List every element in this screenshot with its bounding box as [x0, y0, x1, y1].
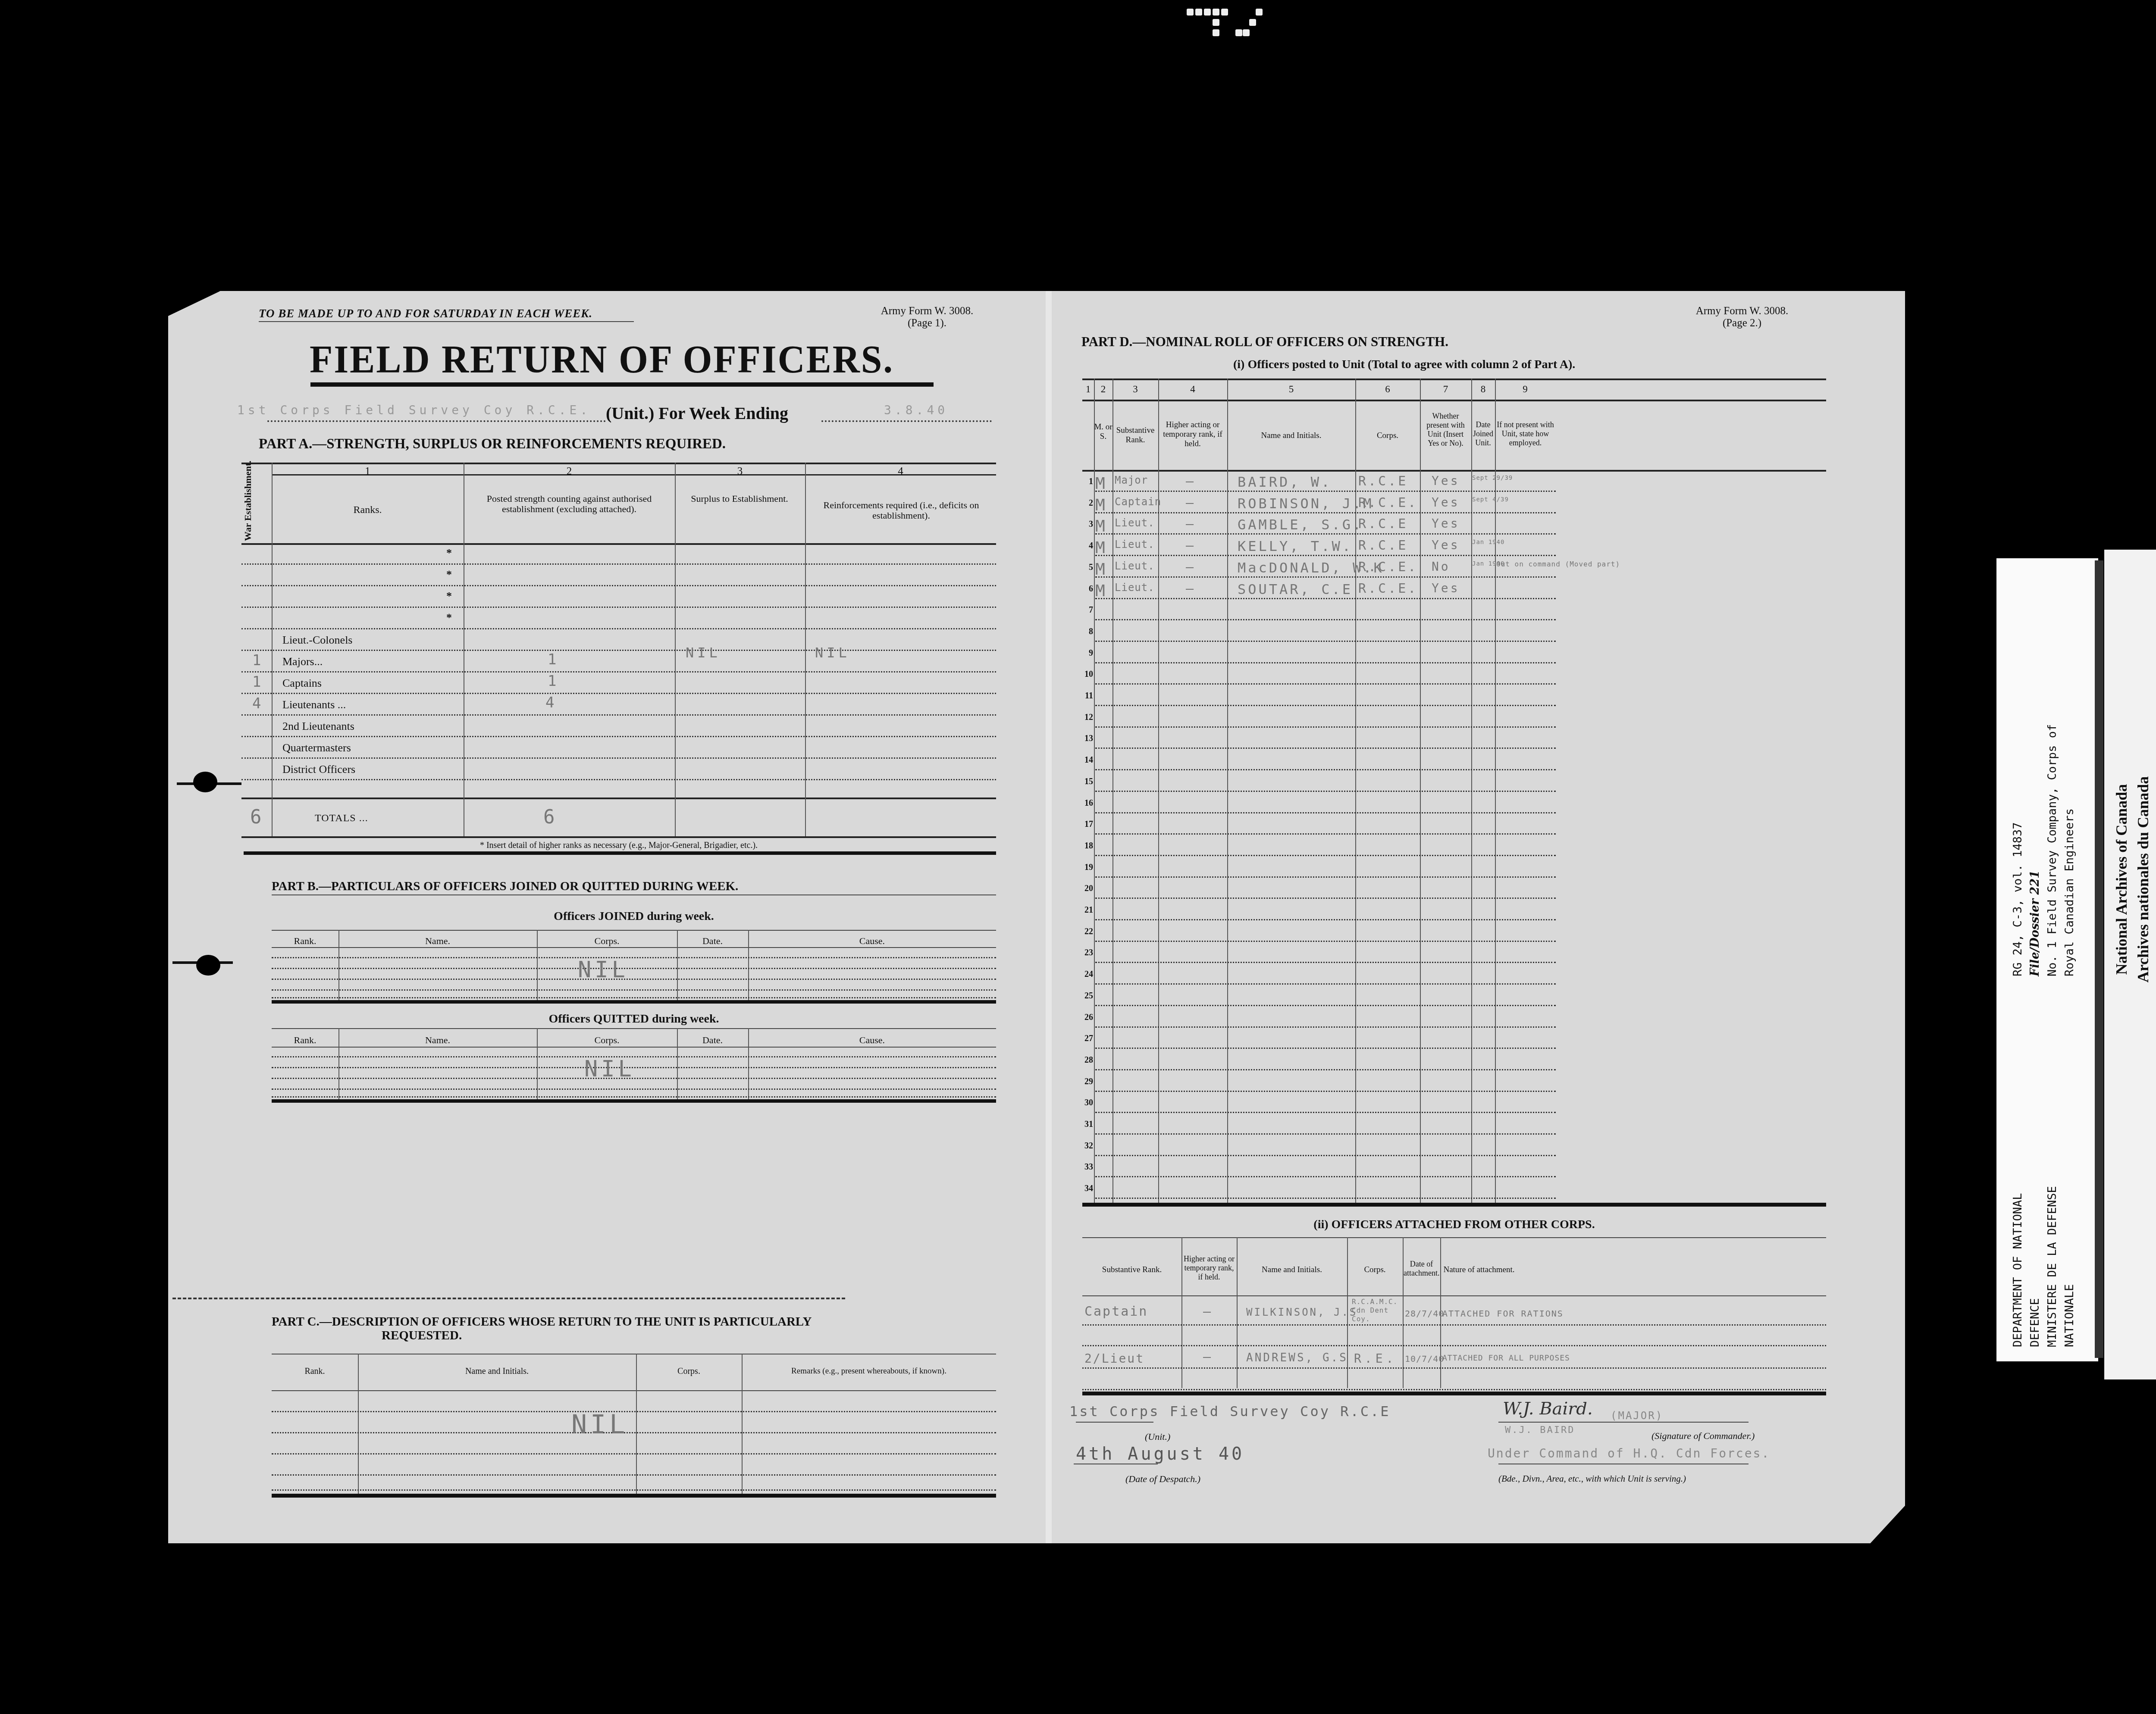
- row-number: 19: [1080, 863, 1093, 873]
- war-est-value: 4: [252, 695, 264, 712]
- attached-corps: R.E.: [1354, 1351, 1397, 1366]
- col-header-date: Date.: [677, 935, 748, 947]
- roll-cell-corps: R.C.E.: [1358, 496, 1418, 510]
- rank-label: Majors...: [282, 655, 323, 668]
- roll-cell-corps: R.C.E.: [1358, 560, 1418, 575]
- col-number: 6: [1355, 384, 1420, 395]
- binder-hole: [196, 955, 220, 976]
- part-d-subheading: (i) Officers posted to Unit (Total to ag…: [1233, 358, 1575, 372]
- row-number: 25: [1080, 991, 1093, 1001]
- roll-cell-rank: Lieut.: [1115, 517, 1155, 529]
- page-label: (Page 2.): [1673, 317, 1811, 329]
- ref-line: File/Dossier 221: [2027, 870, 2044, 976]
- row-number: 29: [1080, 1077, 1093, 1087]
- asterisk-marker: *: [446, 611, 452, 624]
- col-header-corps: Corps.: [636, 1367, 742, 1376]
- roll-cell-present: Yes: [1432, 538, 1460, 552]
- roll-cell-higher: —: [1186, 560, 1196, 575]
- footer-date-caption: (Date of Despatch.): [1125, 1473, 1200, 1485]
- col-header-cause: Cause.: [748, 935, 996, 947]
- roll-cell-higher: —: [1186, 517, 1196, 532]
- roll-cell-employed: Out on command (Moved part): [1496, 560, 1620, 569]
- header-substantive-rank: Substantive Rank.: [1112, 426, 1158, 445]
- unit-week-label: (Unit.) For Week Ending: [606, 403, 788, 423]
- roll-cell-higher: —: [1186, 538, 1196, 553]
- row-number: 2: [1080, 498, 1093, 508]
- rank-label: 2nd Lieutenants: [282, 720, 354, 733]
- col-number: 2: [1094, 384, 1112, 395]
- header-corps: Corps.: [1355, 431, 1420, 441]
- commander-signature: W.J. Baird.: [1503, 1399, 1593, 1419]
- row-number: 15: [1080, 777, 1093, 787]
- ref-line: Royal Canadian Engineers: [2061, 808, 2078, 976]
- asterisk-marker: *: [446, 568, 452, 581]
- roll-cell-present: Yes: [1432, 582, 1460, 595]
- row-number: 18: [1080, 841, 1093, 851]
- col-number: 7: [1420, 384, 1471, 395]
- quitted-title: Officers QUITTED during week.: [272, 1012, 996, 1026]
- title-underline: [310, 382, 934, 387]
- footer-unit-value: 1st Corps Field Survey Coy R.C.E: [1069, 1403, 1391, 1420]
- attached-higher-rank: —: [1203, 1304, 1214, 1319]
- header-reinforcements: Reinforcements required (i.e., deficits …: [811, 500, 992, 521]
- totals-war-est: 6: [250, 806, 265, 828]
- form-number: Army Form W. 3008.: [1673, 305, 1811, 317]
- col-number: 8: [1471, 384, 1495, 395]
- posted-value: 4: [545, 694, 558, 711]
- roll-cell-corps: R.C.E: [1358, 538, 1408, 553]
- asterisk-marker: *: [446, 547, 452, 560]
- attached-nature: ATTACHED FOR ALL PURPOSES: [1442, 1354, 1570, 1363]
- part-c-heading: PART C.—DESCRIPTION OF OFFICERS WHOSE RE…: [272, 1315, 812, 1342]
- header-substantive-rank: Substantive Rank.: [1082, 1265, 1181, 1275]
- row-number: 23: [1080, 948, 1093, 958]
- formation-caption: (Bde., Divn., Area, etc., with which Uni…: [1498, 1473, 1686, 1484]
- row-number: 8: [1080, 627, 1093, 637]
- signature-caption: (Signature of Commander.): [1651, 1430, 1755, 1442]
- unit-dotted-line: [267, 420, 606, 422]
- col-number: 3: [675, 466, 805, 478]
- war-est-value: 1: [252, 673, 264, 691]
- header-higher-rank: Higher acting or temporary rank, if held…: [1160, 420, 1225, 449]
- col-header-date: Date.: [677, 1035, 748, 1046]
- roll-cell-ms: M: [1095, 496, 1107, 514]
- part-c-heading-line1: PART C.—DESCRIPTION OF OFFICERS WHOSE RE…: [272, 1315, 812, 1329]
- col-number: 9: [1495, 384, 1555, 395]
- posted-value: 1: [548, 651, 560, 668]
- formation-value: Under Command of H.Q. Cdn Forces.: [1488, 1446, 1770, 1461]
- attached-rank: 2/Lieut: [1084, 1351, 1144, 1366]
- higher-ranks-footnote: * Insert detail of higher ranks as neces…: [241, 841, 996, 851]
- unit-handwritten: 1st Corps Field Survey Coy R.C.E.: [237, 403, 591, 417]
- row-number: 33: [1080, 1162, 1093, 1172]
- part-c-heading-line2: REQUESTED.: [272, 1329, 812, 1342]
- roll-cell-higher: —: [1186, 582, 1196, 596]
- row-number: 13: [1080, 734, 1093, 744]
- roll-cell-rank: Lieut.: [1115, 582, 1155, 594]
- reinforcements-value: NIL: [815, 644, 850, 661]
- col-header-corps: Corps.: [537, 1035, 677, 1046]
- row-number: 20: [1080, 884, 1093, 894]
- archives-canada-text: National Archives of Canada Archives nat…: [2111, 621, 2154, 1138]
- col-header-rank: Rank.: [272, 1367, 358, 1376]
- row-number: 10: [1080, 669, 1093, 679]
- totals-label: TOTALS ...: [315, 813, 368, 824]
- form-number-page1: Army Form W. 3008. (Page 1).: [858, 305, 996, 329]
- roll-cell-name: GAMBLE, S.G.: [1238, 517, 1363, 532]
- row-number: 11: [1080, 691, 1093, 701]
- row-number: 9: [1080, 648, 1093, 658]
- joined-title: Officers JOINED during week.: [272, 910, 996, 923]
- roll-cell-name: ROBINSON, J.M: [1238, 496, 1373, 511]
- col-number: 5: [1227, 384, 1355, 395]
- roll-cell-ms: M: [1095, 560, 1107, 578]
- rank-label: District Officers: [282, 763, 355, 776]
- roll-cell-name: SOUTAR, C.E: [1238, 582, 1353, 597]
- roll-cell-date: Sept 29/39: [1472, 474, 1513, 482]
- roll-cell-date: Sept 4/39: [1472, 496, 1509, 504]
- roll-cell-higher: —: [1186, 474, 1196, 489]
- dept-line: DEPARTMENT OF NATIONAL: [2009, 976, 2027, 1347]
- col-header-rank: Rank.: [272, 935, 338, 947]
- perforation-line: [172, 1298, 845, 1299]
- roll-cell-ms: M: [1095, 582, 1107, 600]
- col-header-rank: Rank.: [272, 1035, 338, 1046]
- col-number: 1: [272, 466, 464, 478]
- roll-cell-present: Yes: [1432, 517, 1460, 531]
- archives-en: National Archives of Canada: [2111, 621, 2132, 1138]
- instruction-underline: [259, 321, 634, 322]
- roll-cell-ms: M: [1095, 517, 1107, 535]
- row-number: 31: [1080, 1120, 1093, 1129]
- attached-date: 28/7/40: [1405, 1308, 1444, 1319]
- attached-date: 10/7/40: [1405, 1354, 1444, 1364]
- roll-cell-rank: Major: [1115, 474, 1148, 486]
- row-number: 24: [1080, 970, 1093, 979]
- rank-label: Lieut.-Colonels: [282, 634, 352, 647]
- ref-line: RG 24, C-3, vol. 14837: [2009, 822, 2027, 976]
- col-header-cause: Cause.: [748, 1035, 996, 1046]
- header-higher-rank: Higher acting or temporary rank, if held…: [1182, 1254, 1236, 1282]
- attached-name: ANDREWS, G.S: [1246, 1351, 1348, 1364]
- roll-cell-corps: R.C.E: [1358, 474, 1408, 489]
- row-number: 14: [1080, 755, 1093, 765]
- dept-line: NATIONALE: [2061, 976, 2078, 1347]
- roll-cell-corps: R.C.E: [1358, 517, 1408, 532]
- attached-heading: (ii) OFFICERS ATTACHED FROM OTHER CORPS.: [1082, 1218, 1826, 1232]
- attached-nature: ATTACHED FOR RATIONS: [1442, 1308, 1564, 1319]
- part-a-heading: PART A.—STRENGTH, SURPLUS OR REINFORCEME…: [259, 436, 726, 452]
- rank-label: Quartermasters: [282, 741, 351, 754]
- row-number: 28: [1080, 1055, 1093, 1065]
- war-establishment-header: War Establishment.: [242, 463, 254, 541]
- col-number: 4: [1158, 384, 1227, 395]
- col-header-corps: Corps.: [537, 935, 677, 947]
- header-ranks: Ranks.: [272, 504, 464, 516]
- rank-label: Lieutenants ...: [282, 698, 346, 711]
- roll-cell-rank: Lieut.: [1115, 538, 1155, 550]
- col-number: 2: [464, 466, 675, 478]
- row-number: 32: [1080, 1141, 1093, 1151]
- roll-cell-rank: Lieut.: [1115, 560, 1155, 572]
- row-number: 4: [1080, 541, 1093, 551]
- page-label: (Page 1).: [858, 317, 996, 329]
- row-number: 17: [1080, 819, 1093, 829]
- row-number: 34: [1080, 1184, 1093, 1194]
- form-title: FIELD RETURN OF OFFICERS.: [310, 336, 894, 382]
- war-est-value: 1: [252, 652, 264, 669]
- form-number-page2: Army Form W. 3008. (Page 2.): [1673, 305, 1811, 329]
- part-c-nil-entry: NIL: [571, 1410, 628, 1440]
- row-number: 22: [1080, 927, 1093, 937]
- binder-hole: [193, 772, 217, 792]
- roll-cell-name: KELLY, T.W.: [1238, 538, 1353, 554]
- row-number: 1: [1080, 477, 1093, 487]
- quitted-nil-entry: NIL: [584, 1056, 635, 1082]
- part-b-heading: PART B.—PARTICULARS OF OFFICERS JOINED O…: [272, 879, 738, 894]
- attached-rank: Captain: [1084, 1304, 1148, 1319]
- joined-nil-entry: NIL: [578, 957, 629, 983]
- roll-cell-corps: R.C.E.: [1358, 582, 1418, 596]
- row-number: 3: [1080, 519, 1093, 529]
- part-d-heading: PART D.—NOMINAL ROLL OF OFFICERS ON STRE…: [1081, 334, 1448, 350]
- roll-cell-name: BAIRD, W.: [1238, 474, 1332, 490]
- col-header-name: Name.: [338, 935, 537, 947]
- attached-corps: R.C.A.M.C. Cdn Dent Coy.: [1352, 1298, 1401, 1323]
- col-header-remarks: Remarks (e.g., present whereabouts, if k…: [742, 1367, 996, 1376]
- roll-cell-ms: M: [1095, 474, 1107, 492]
- row-number: 16: [1080, 798, 1093, 808]
- footer-date-value: 4th August 40: [1076, 1444, 1244, 1464]
- attached-higher-rank: —: [1203, 1349, 1214, 1364]
- dept-line: MINISTERE DE LA DEFENSE: [2044, 976, 2061, 1347]
- row-number: 21: [1080, 905, 1093, 915]
- attached-name: WILKINSON, J.S: [1246, 1306, 1357, 1318]
- roll-cell-present: Yes: [1432, 474, 1460, 488]
- commander-printed-name: W.J. BAIRD: [1505, 1425, 1575, 1436]
- surplus-value: NIL: [686, 644, 721, 661]
- asterisk-marker: *: [446, 590, 452, 603]
- ref-line: No. 1 Field Survey Company, Corps of: [2044, 724, 2061, 976]
- week-dotted-line: [821, 420, 992, 422]
- commander-rank: (MAJOR): [1611, 1410, 1663, 1422]
- col-number: 1: [1082, 384, 1094, 395]
- roll-cell-higher: —: [1186, 496, 1196, 510]
- header-present: Whether present with Unit (Insert Yes or…: [1421, 412, 1470, 448]
- row-number: 6: [1080, 584, 1093, 594]
- header-surplus: Surplus to Establishment.: [686, 494, 793, 504]
- page-fold: [1046, 291, 1052, 1543]
- footer-unit-caption: (Unit.): [1145, 1431, 1170, 1442]
- weekly-instruction: TO BE MADE UP TO AND FOR SATURDAY IN EAC…: [259, 307, 592, 320]
- row-number: 5: [1080, 563, 1093, 572]
- row-number: 7: [1080, 605, 1093, 615]
- form-number: Army Form W. 3008.: [858, 305, 996, 317]
- header-date-attachment: Date of attachment.: [1404, 1260, 1439, 1278]
- label-shadow: [2095, 560, 2103, 1358]
- col-number: 3: [1112, 384, 1158, 395]
- header-corps: Corps.: [1347, 1265, 1403, 1275]
- header-how-employed: If not present with Unit, state how empl…: [1496, 420, 1554, 447]
- row-number: 27: [1080, 1034, 1093, 1044]
- header-m-or-s: M. or S.: [1094, 422, 1112, 441]
- section-divider: [244, 851, 996, 855]
- dept-line: DEFENCE: [2027, 976, 2044, 1347]
- roll-cell-present: No: [1432, 560, 1451, 574]
- col-header-name: Name.: [338, 1035, 537, 1046]
- col-header-name-initials: Name and Initials.: [358, 1367, 636, 1376]
- header-posted-strength: Posted strength counting against authori…: [470, 494, 668, 514]
- header-date-joined: Date Joined Unit.: [1471, 420, 1495, 447]
- week-ending-handwritten: 3.8.40: [884, 403, 948, 417]
- roll-cell-ms: M: [1095, 538, 1107, 557]
- archives-fr: Archives nationales du Canada: [2132, 621, 2154, 1138]
- header-name-initials: Name and Initials.: [1237, 1265, 1347, 1275]
- totals-posted: 6: [543, 806, 558, 828]
- roll-cell-present: Yes: [1432, 496, 1460, 510]
- row-number: 30: [1080, 1098, 1093, 1108]
- header-name-initials: Name and Initials.: [1227, 431, 1355, 441]
- posted-value: 1: [548, 672, 560, 690]
- roll-cell-rank: Captain: [1115, 496, 1161, 508]
- col-number: 4: [805, 466, 996, 478]
- header-nature-attachment: Nature of attachment.: [1440, 1265, 1518, 1275]
- roll-cell-date: Jan 1940: [1472, 538, 1504, 546]
- rank-label: Captains: [282, 677, 322, 690]
- row-number: 12: [1080, 713, 1093, 723]
- archive-reference-text: DEPARTMENT OF NATIONALRG 24, C-3, vol. 1…: [2009, 571, 2078, 1347]
- row-number: 26: [1080, 1013, 1093, 1023]
